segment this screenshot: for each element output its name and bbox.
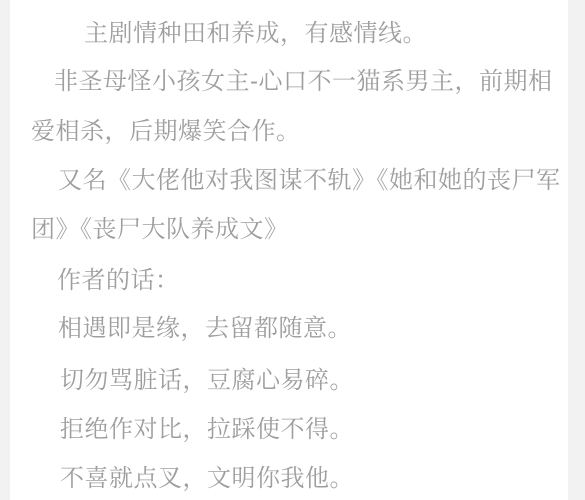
text-line: 不喜就点叉，文明你我他。: [60, 465, 354, 493]
text-line: 拒绝作对比，拉踩使不得。: [60, 416, 354, 444]
text-line: 切勿骂脏话，豆腐心易碎。: [60, 367, 354, 395]
right-edge-strip: [568, 0, 585, 500]
author-note-heading: 作者的话：: [57, 267, 180, 295]
text-line: 非圣母怪小孩女主-心口不一猫系男主，前期相: [54, 68, 553, 96]
text-line: 相遇即是缘，去留都随意。: [58, 315, 352, 343]
reading-content-area[interactable]: 主剧情种田和养成，有感情线。 非圣母怪小孩女主-心口不一猫系男主，前期相 爱相杀…: [10, 0, 568, 500]
text-line: 团》《丧尸大队养成文》: [31, 216, 289, 244]
novel-description-page: 主剧情种田和养成，有感情线。 非圣母怪小孩女主-心口不一猫系男主，前期相 爱相杀…: [0, 0, 585, 500]
text-line: 爱相杀，后期爆笑合作。: [31, 118, 301, 146]
text-line: 主剧情种田和养成，有感情线。: [84, 20, 427, 48]
left-edge-strip: [0, 0, 10, 500]
text-line: 又名《大佬他对我图谋不轨》《她和她的丧尸军: [58, 167, 561, 195]
